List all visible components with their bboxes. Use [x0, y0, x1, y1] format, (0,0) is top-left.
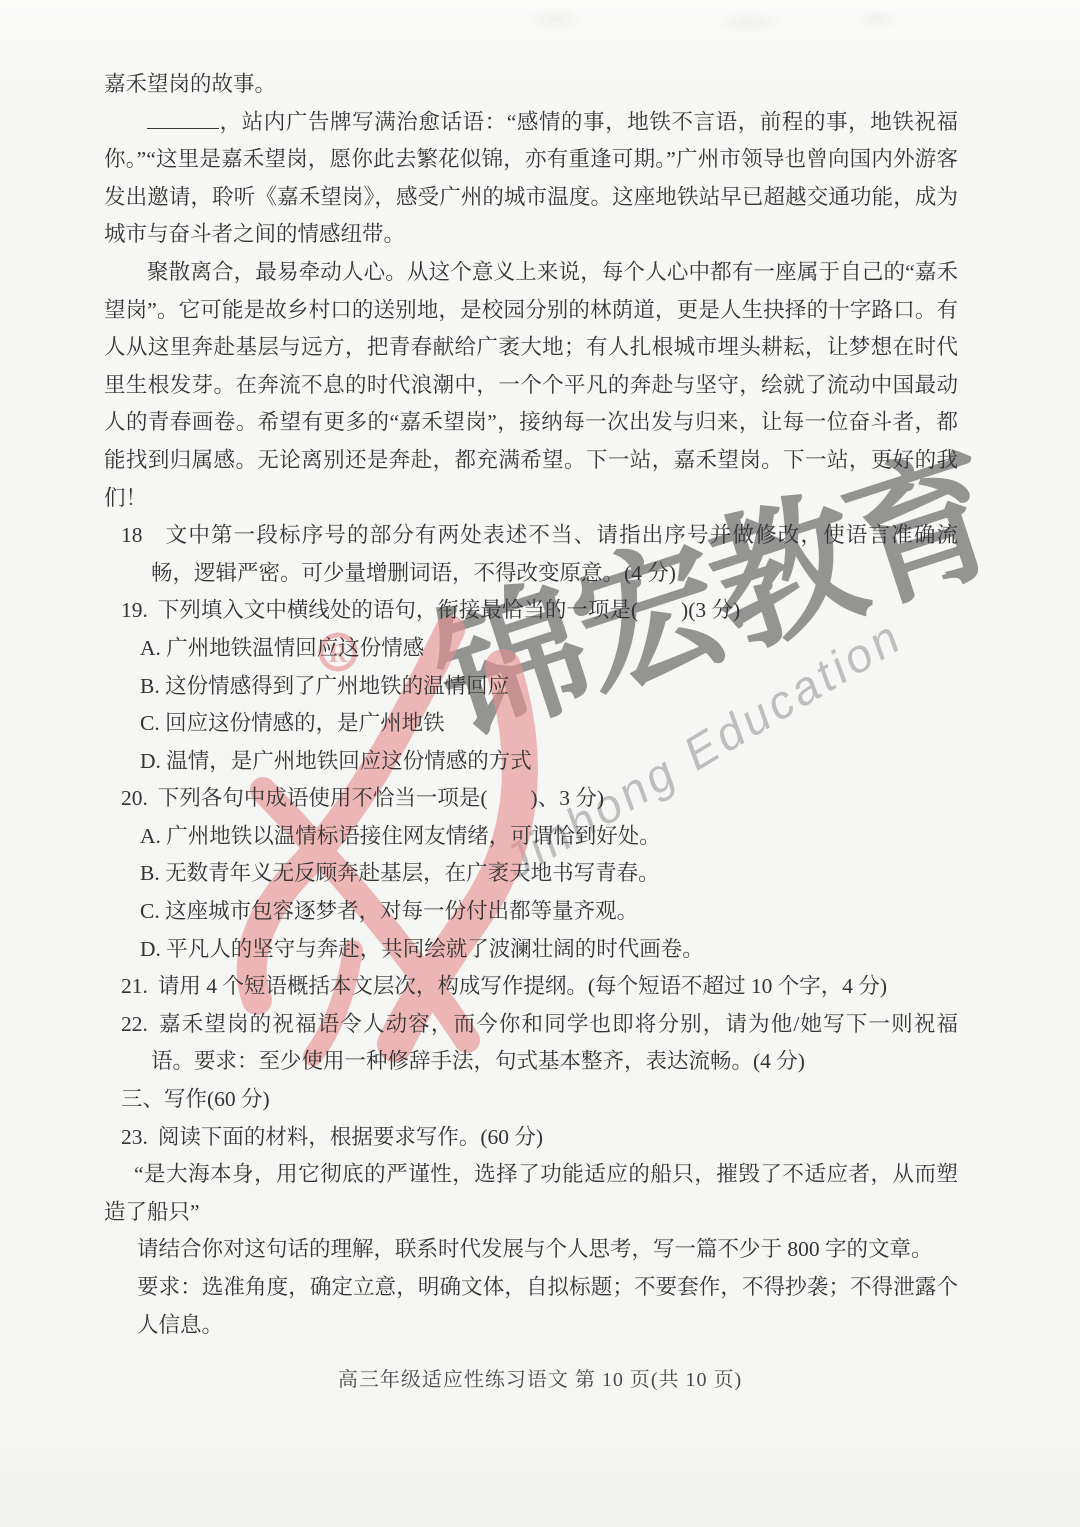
question-19-option-a: A. 广州地铁温情回应这份情感	[140, 630, 958, 668]
blank-underline	[147, 106, 219, 129]
question-19-option-c: C. 回应这份情感的，是广州地铁	[140, 705, 958, 743]
question-23-guidance: 请结合你对这句话的理解，联系时代发展与个人思考，写一篇不少于 800 字的文章。	[137, 1231, 958, 1269]
passage-paragraph-2: ，站内广告牌写满治愈话语：“感情的事，地铁不言语，前程的事，地铁祝福你。”“这里…	[104, 104, 958, 254]
question-21: 21.请用 4 个短语概括本文层次，构成写作提纲。(每个短语不超过 10 个字，…	[121, 968, 958, 1006]
page-footer: 高三年级适应性练习语文 第 10 页(共 10 页)	[0, 1363, 1080, 1392]
question-19: 19.下列填入文中横线处的语句，衔接最恰当的一项是( )(3 分)	[121, 592, 958, 630]
question-23-requirements: 要求：选准角度，确定立意，明确文体，自拟标题；不要套作，不得抄袭；不得泄露个人信…	[137, 1269, 958, 1344]
passage-paragraph-2-text: ，站内广告牌写满治愈话语：“感情的事，地铁不言语，前程的事，地铁祝福你。”“这里…	[104, 110, 958, 247]
exam-body: 嘉禾望岗的故事。 ，站内广告牌写满治愈话语：“感情的事，地铁不言语，前程的事，地…	[0, 0, 1080, 1344]
question-23-material: “是大海本身，用它彻底的严谨性，选择了功能适应的船只，摧毁了不适应者，从而塑造了…	[104, 1156, 958, 1231]
question-20-number: 20.	[121, 786, 148, 810]
question-18: 18文中第一段标序号的部分有两处表述不当、请指出序号并做修改，使语言准确流畅，逻…	[121, 517, 958, 592]
question-19-number: 19.	[121, 598, 148, 622]
question-18-number: 18	[121, 523, 143, 547]
question-20-option-d: D. 平凡人的坚守与奔赴，共同绘就了波澜壮阔的时代画卷。	[140, 931, 958, 969]
passage-paragraph-3: 聚散离合，最易牵动人心。从这个意义上来说，每个人心中都有一座属于自己的“嘉禾望岗…	[104, 254, 958, 517]
question-19-option-d: D. 温情，是广州地铁回应这份情感的方式	[140, 743, 958, 781]
question-19-option-b: B. 这份情感得到了广州地铁的温情回应	[140, 668, 958, 706]
question-22-stem: 嘉禾望岗的祝福语令人动容，而今你和同学也即将分别，请为他/她写下一则祝福语。要求…	[151, 1012, 958, 1074]
question-19-stem: 下列填入文中横线处的语句，衔接最恰当的一项是( )(3 分)	[158, 598, 740, 622]
question-23-number: 23.	[121, 1125, 148, 1149]
question-22: 22.嘉禾望岗的祝福语令人动容，而今你和同学也即将分别，请为他/她写下一则祝福语…	[121, 1006, 958, 1081]
question-20: 20.下列各句中成语使用不恰当一项是( )、3 分)	[121, 780, 958, 818]
question-20-option-a: A. 广州地铁以温情标语接住网友情绪，可谓恰到好处。	[140, 818, 958, 856]
question-21-stem: 请用 4 个短语概括本文层次，构成写作提纲。(每个短语不超过 10 个字，4 分…	[158, 974, 887, 998]
question-20-option-c: C. 这座城市包容逐梦者，对每一份付出都等量齐观。	[140, 893, 958, 931]
question-23-stem: 阅读下面的材料，根据要求写作。(60 分)	[158, 1125, 543, 1149]
passage-paragraph-1: 嘉禾望岗的故事。	[104, 66, 958, 104]
question-23: 23.阅读下面的材料，根据要求写作。(60 分)	[121, 1119, 958, 1157]
question-18-stem: 文中第一段标序号的部分有两处表述不当、请指出序号并做修改，使语言准确流畅，逻辑严…	[151, 523, 958, 585]
question-20-option-b: B. 无数青年义无反顾奔赴基层，在广袤天地书写青春。	[140, 855, 958, 893]
section-heading-writing: 三、写作(60 分)	[121, 1081, 958, 1119]
question-21-number: 21.	[121, 974, 148, 998]
scanned-exam-page: 锦宏教育 Jinhong Education R 嘉禾望岗的故事。 ，站内广告牌…	[0, 0, 1080, 1527]
question-22-number: 22.	[121, 1012, 148, 1036]
question-20-stem: 下列各句中成语使用不恰当一项是( )、3 分)	[158, 786, 604, 810]
